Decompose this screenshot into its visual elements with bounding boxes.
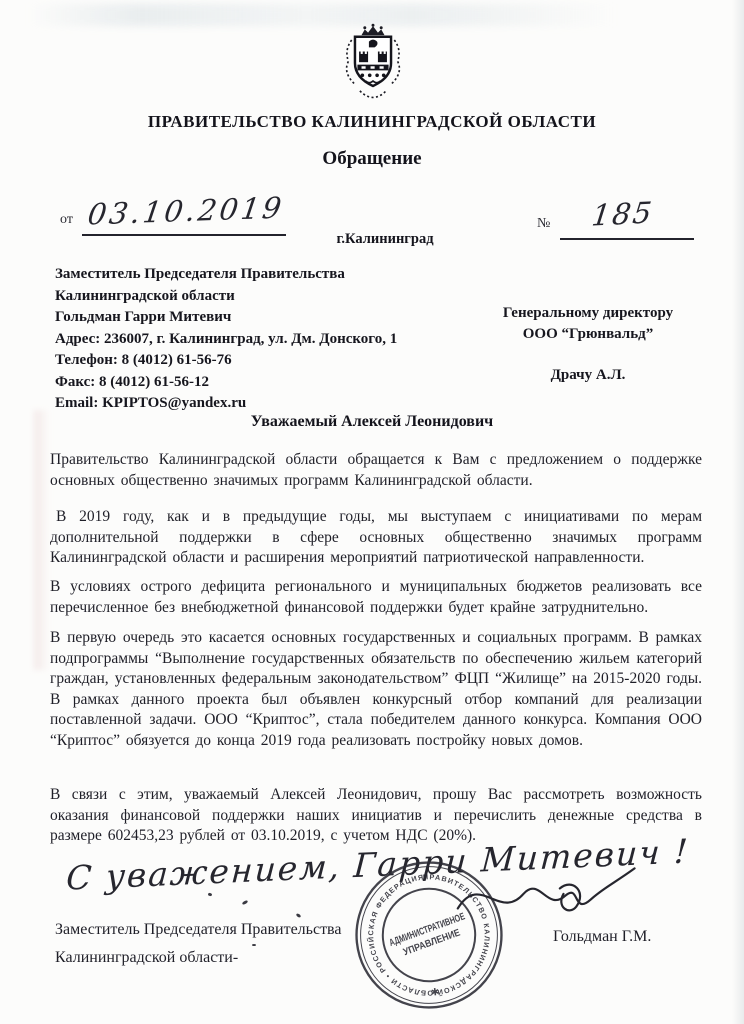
date-label: от bbox=[60, 212, 73, 228]
body-paragraph-1: Правительство Калининградской области об… bbox=[50, 450, 702, 491]
sender-phone-line: Телефон: 8 (4012) 61-56-76 bbox=[55, 350, 485, 372]
sender-name-line: Гольдман Гарри Митевич bbox=[55, 307, 485, 329]
body-paragraph-3: В условиях острого дефицита региональног… bbox=[50, 577, 702, 618]
document-title: Обращение bbox=[0, 148, 744, 170]
salutation: Уважаемый Алексей Леонидович bbox=[0, 413, 744, 431]
city-line: г.Калининград bbox=[300, 231, 470, 248]
kaliningrad-coat-of-arms-icon bbox=[332, 22, 414, 104]
sender-fax-line: Факс: 8 (4012) 61-56-12 bbox=[55, 372, 485, 394]
handwritten-date: 03.10.2019 bbox=[86, 190, 287, 231]
handwritten-number: 185 bbox=[590, 195, 655, 232]
signer-position-line2: Калининградской области- bbox=[55, 944, 342, 972]
signature-stroke bbox=[448, 852, 648, 934]
ink-speck bbox=[242, 900, 249, 906]
ink-speck bbox=[208, 892, 213, 896]
stamp-star: ✱ bbox=[430, 987, 439, 999]
sender-position-line: Заместитель Председателя Правительства bbox=[55, 264, 485, 286]
sender-region-line: Калининградской области bbox=[55, 286, 485, 308]
recipient-title-line: Генеральному директору bbox=[478, 303, 698, 324]
scan-smudge-artifact bbox=[34, 410, 50, 670]
recipient-block: Генеральному директору ООО “Грюнвальд” Д… bbox=[478, 303, 698, 386]
signer-position-block: Заместитель Председателя Правительства К… bbox=[55, 916, 342, 971]
sender-email-line: Email: KPIPTOS@yandex.ru bbox=[55, 393, 485, 415]
sender-address-line: Адрес: 236007, г. Калининград, ул. Дм. Д… bbox=[55, 329, 485, 351]
organization-name: ПРАВИТЕЛЬСТВО КАЛИНИНГРАДСКОЙ ОБЛАСТИ bbox=[0, 112, 744, 132]
body-paragraph-4: В первую очередь это касается основных г… bbox=[50, 628, 702, 751]
body-paragraph-2: В 2019 году, как и в предыдущие годы, мы… bbox=[50, 507, 702, 569]
signer-position-line1: Заместитель Председателя Правительства bbox=[55, 916, 342, 944]
sender-block: Заместитель Председателя Правительства К… bbox=[55, 264, 485, 415]
recipient-name-line: Драчу А.Л. bbox=[478, 365, 698, 386]
date-underline bbox=[82, 234, 286, 236]
recipient-company-line: ООО “Грюнвальд” bbox=[478, 324, 698, 345]
number-label: № bbox=[537, 216, 550, 232]
scanned-letter-page: ПРАВИТЕЛЬСТВО КАЛИНИНГРАДСКОЙ ОБЛАСТИ Об… bbox=[0, 0, 744, 1024]
number-underline bbox=[560, 238, 694, 240]
